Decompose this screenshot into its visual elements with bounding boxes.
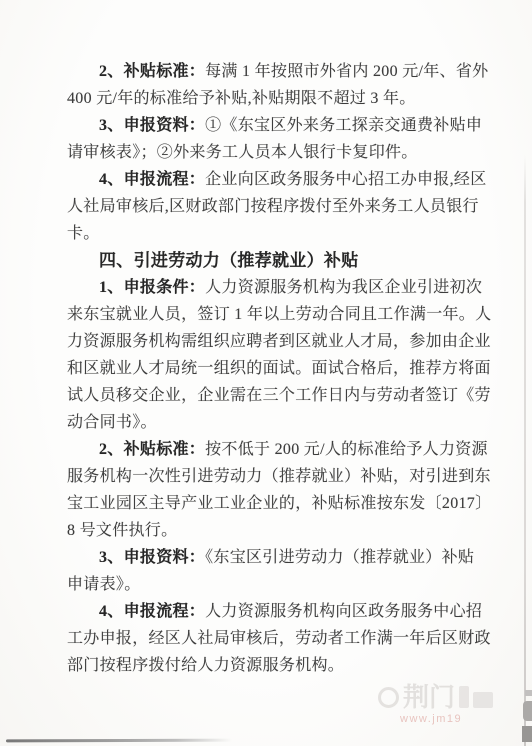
paragraph-text: 部门按程序拨付给人力资源服务机构。 (67, 657, 344, 674)
scan-artifact (522, 726, 532, 742)
paragraph-text: 人力资源服务机构向区政务服务中心招 (205, 603, 482, 620)
paragraph-text: 每满 1 年按照市外省内 200 元/年、省外 (205, 63, 488, 80)
paragraph-text: 宝工业园区主导产业工业企业的，补贴标准按东发〔2017〕 (67, 495, 491, 512)
paragraph-label: 4、申报流程： (99, 171, 205, 188)
text-line: 3、申报资料：《东宝区引进劳动力（推荐就业）补贴 (67, 544, 477, 571)
paragraph-text: 8 号文件执行。 (67, 522, 177, 539)
text-line: 1、申报条件：人力资源服务机构为我区企业引进初次 (67, 274, 477, 301)
text-line: 2、补贴标准：按不低于 200 元/人的标准给予人力资源 (67, 436, 477, 463)
section-heading: 四、引进劳动力（推荐就业）补贴 (67, 247, 477, 274)
text-line: 人社局审核后,区财政部门按程序拨付至外来务工人员银行 (67, 193, 477, 220)
paragraph-text: 来东宝就业人员，签订 1 年以上劳动合同且工作满一年。人 (67, 306, 491, 323)
watermark-glyph-icon (459, 686, 469, 708)
text-line: 请审核表》；②外来务工人员本人银行卡复印件。 (67, 139, 477, 166)
paragraph-text: 服务机构一次性引进劳动力（推荐就业）补贴，对引进到东 (67, 468, 491, 485)
text-line: 申请表》。 (67, 571, 477, 598)
text-line: 2、补贴标准：每满 1 年按照市外省内 200 元/年、省外 (67, 58, 477, 85)
paragraph-label: 四、引进劳动力（推荐就业）补贴 (99, 251, 359, 270)
scan-corner-artifacts (520, 688, 532, 746)
scanned-document-page: 2、补贴标准：每满 1 年按照市外省内 200 元/年、省外400 元/年的标准… (0, 0, 532, 746)
text-line: 4、申报流程：人力资源服务机构向区政务服务中心招 (67, 598, 477, 625)
watermark-url: www.jm19 (400, 713, 530, 725)
paragraph-label: 4、申报流程： (99, 603, 205, 620)
scan-page-edge-line (524, 155, 526, 746)
scan-artifact (525, 690, 532, 696)
paragraph-text: 人社局审核后,区财政部门按程序拨付至外来务工人员银行 (67, 198, 479, 215)
text-line: 和区就业人才局统一组织的面试。面试合格后，推荐方将面 (67, 355, 477, 382)
text-line: 部门按程序拨付给人力资源服务机构。 (67, 652, 477, 679)
text-line: 服务机构一次性引进劳动力（推荐就业）补贴，对引进到东 (67, 463, 477, 490)
text-line: 来东宝就业人员，签订 1 年以上劳动合同且工作满一年。人 (67, 301, 477, 328)
paragraph-text: 人力资源服务机构为我区企业引进初次 (205, 279, 482, 296)
paragraph-text: 试人员移交企业，企业需在三个工作日内与劳动者签订《劳 (67, 387, 491, 404)
watermark: 荆门 www.jm19 (378, 684, 530, 736)
text-line: 力资源服务机构需组织应聘者到区就业人才局，参加由企业 (67, 328, 477, 355)
paragraph-text: 《东宝区引进劳动力（推荐就业）补贴 (205, 549, 474, 566)
text-line: 动合同书》。 (67, 409, 477, 436)
paragraph-text: 400 元/年的标准给予补贴,补贴期限不超过 3 年。 (67, 90, 416, 107)
text-line: 试人员移交企业，企业需在三个工作日内与劳动者签订《劳 (67, 382, 477, 409)
paragraph-text: 按不低于 200 元/人的标准给予人力资源 (205, 441, 488, 458)
paragraph-label: 1、申报条件： (99, 279, 205, 296)
paragraph-label: 3、申报资料： (99, 549, 205, 566)
text-line: 卡。 (67, 220, 477, 247)
paragraph-label: 2、补贴标准： (99, 63, 205, 80)
text-line: 8 号文件执行。 (67, 517, 477, 544)
paragraph-text: 动合同书》。 (67, 414, 157, 431)
watermark-logo-icon (378, 687, 399, 708)
watermark-glyph-icon (473, 692, 493, 708)
paragraph-label: 3、申报资料： (99, 117, 205, 134)
text-line: 工办申报，经区人社局审核后，劳动者工作满一年后区财政 (67, 625, 477, 652)
text-line: 4、申报流程：企业向区政务服务中心招工办申报,经区 (67, 166, 477, 193)
paragraph-text: 企业向区政务服务中心招工办申报,经区 (205, 171, 486, 188)
paragraph-text: 请审核表》；②外来务工人员本人银行卡复印件。 (67, 144, 418, 161)
scan-shadow-line (6, 739, 232, 743)
paragraph-label: 2、补贴标准： (99, 441, 205, 458)
text-line: 宝工业园区主导产业工业企业的，补贴标准按东发〔2017〕 (67, 490, 477, 517)
scan-artifact (523, 701, 532, 721)
paragraph-text: 工办申报，经区人社局审核后，劳动者工作满一年后区财政 (67, 630, 491, 647)
watermark-brand-text: 荆门 (403, 684, 455, 710)
paragraph-text: 力资源服务机构需组织应聘者到区就业人才局，参加由企业 (67, 333, 491, 350)
document-body: 2、补贴标准：每满 1 年按照市外省内 200 元/年、省外400 元/年的标准… (67, 58, 477, 679)
text-line: 400 元/年的标准给予补贴,补贴期限不超过 3 年。 (67, 85, 477, 112)
text-line: 3、申报资料：①《东宝区外来务工探亲交通费补贴申 (67, 112, 477, 139)
paragraph-text: 和区就业人才局统一组织的面试。面试合格后，推荐方将面 (67, 360, 491, 377)
paragraph-text: 申请表》。 (67, 576, 141, 593)
watermark-brand: 荆门 (378, 684, 530, 710)
paragraph-text: ①《东宝区外来务工探亲交通费补贴申 (205, 117, 482, 134)
paragraph-text: 卡。 (67, 225, 100, 242)
